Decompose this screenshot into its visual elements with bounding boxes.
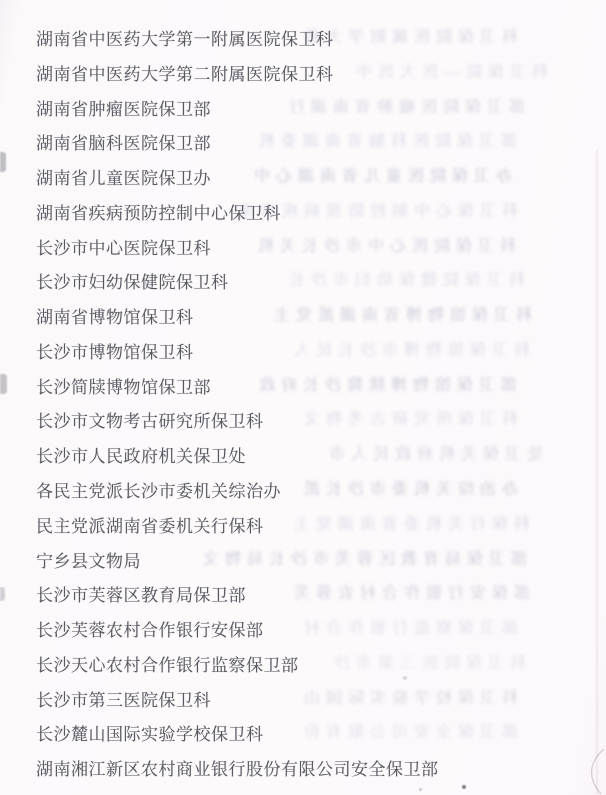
bleed-through-text: 科卫保校学验实际国山	[298, 685, 518, 708]
bleed-through-text: 部卫保院医科脑省南湖委机	[253, 128, 517, 151]
document-line: 长沙简牍博物馆保卫部	[36, 373, 211, 398]
page-curl-mark	[580, 747, 606, 795]
document-line: 湖南湘江新区农村商业银行股份有限公司安全保卫部	[36, 755, 439, 780]
document-line: 湖南省疾病预防控制中心保卫科	[36, 199, 281, 224]
bleed-through-text: 科卫保院医三第市沙	[328, 650, 526, 673]
document-line: 湖南省中医药大学第二附属医院保卫科	[36, 60, 334, 85]
bleed-through-text: 部卫保局育教区蓉芙市沙长局物文	[197, 546, 527, 569]
left-edge-scan-mark	[0, 152, 6, 172]
bleed-through-text: 办卫保院医童儿省南湖心中	[248, 163, 512, 186]
document-line: 长沙麓山国际实验学校保卫科	[36, 720, 264, 745]
document-line: 各民主党派长沙市委机关综治办	[36, 477, 281, 502]
bleed-through-text: 科保行关机委省南湖党主	[288, 511, 530, 534]
document-line: 长沙市博物馆保卫科	[36, 338, 194, 363]
bleed-through-text: 科卫保院健保幼妇市沙长	[283, 267, 525, 290]
scan-edge-shadow	[596, 150, 598, 795]
ink-speck	[419, 788, 422, 791]
document-line: 湖南省儿童医院保卫办	[36, 164, 211, 189]
document-line: 湖南省中医药大学第一附属医院保卫科	[36, 25, 334, 50]
document-line: 长沙市文物考古研究所保卫科	[36, 407, 264, 432]
document-line: 长沙市中心医院保卫科	[36, 234, 211, 259]
bleed-through-text: 部卫保全安司公限有份	[298, 719, 518, 742]
document-line: 长沙天心农村合作银行监察保卫部	[36, 651, 299, 676]
bleed-through-text: 部卫保察监行银作合村	[298, 615, 518, 638]
document-line: 长沙市第三医院保卫科	[36, 686, 211, 711]
document-line: 长沙市人民政府机关保卫处	[36, 442, 246, 467]
ink-speck	[403, 676, 407, 680]
bleed-through-text: 科卫保馆物博省南湖派党主	[268, 302, 532, 325]
document-line: 长沙芙蓉农村合作银行安保部	[36, 616, 264, 641]
document-line: 湖南省肿瘤医院保卫部	[36, 95, 211, 120]
document-line: 长沙市妇幼保健院保卫科	[36, 268, 229, 293]
ink-speck	[462, 785, 466, 789]
document-line: 湖南省博物馆保卫科	[36, 303, 194, 328]
bleed-through-text: 部卫保馆物博牍简沙长府政	[253, 372, 517, 395]
bleed-through-text: 部保安行银作合村农蓉芙	[288, 580, 530, 603]
document-line: 宁乡县文物局	[36, 547, 141, 572]
document-line: 长沙市芙蓉区教育局保卫部	[36, 581, 246, 606]
bleed-through-text: 科卫保院—医大医中	[350, 59, 548, 82]
document-line: 湖南省脑科医院保卫部	[36, 129, 211, 154]
bleed-through-text: 科卫保所究研古考物文	[298, 406, 518, 429]
bleed-through-text: 科卫保馆物博市沙长民人	[288, 337, 530, 360]
scanned-document-page: 科卫保院医属附学大药科卫保院—医大医中部卫保院医瘤肿省南湖行部卫保院医科脑省南湖…	[0, 0, 606, 795]
left-edge-scan-mark	[0, 587, 5, 601]
bleed-through-text: 办治综关机委市沙长派	[298, 476, 518, 499]
bleed-through-text: 处卫保关机府政民人市	[323, 441, 543, 464]
document-line: 民主党派湖南省委机关行保科	[36, 512, 264, 537]
left-edge-scan-mark	[0, 374, 7, 394]
bleed-through-text: 部卫保院医瘤肿省南湖行	[283, 94, 525, 117]
bleed-through-text: 科卫保院医心中市沙长关机	[252, 233, 516, 256]
